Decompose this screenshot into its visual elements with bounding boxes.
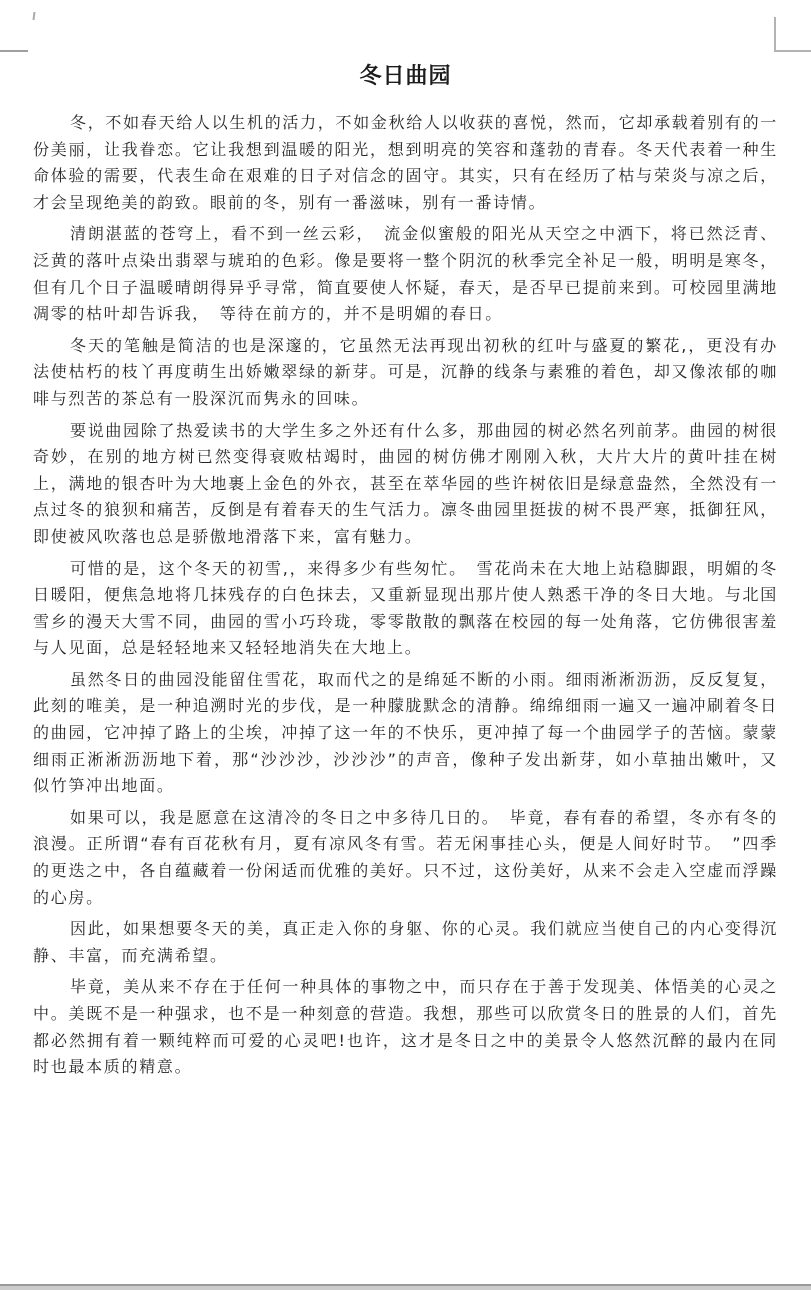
- essay-paragraph[interactable]: 要说曲园除了热爱读书的大学生多之外还有什么多，那曲园的树必然名列前茅。曲园的树很…: [33, 418, 778, 551]
- essay-paragraph[interactable]: 因此，如果想要冬天的美，真正走入你的身躯、你的心灵。我们就应当使自己的内心变得沉…: [33, 916, 778, 969]
- essay-paragraph[interactable]: 毕竟，美从来不存在于任何一种具体的事物之中，而只存在于善于发现美、体悟美的心灵之…: [33, 974, 778, 1080]
- essay-paragraph[interactable]: 虽然冬日的曲园没能留住雪花，取而代之的是绵延不断的小雨。细雨淅淅沥沥，反反复复，…: [33, 667, 778, 800]
- crop-mark-top-right-bracket-icon: [774, 17, 811, 52]
- document-page: 冬日曲园 冬，不如春天给人以生机的活力，不如金秋给人以收获的喜悦，然而，它却承载…: [0, 62, 811, 1081]
- crop-mark-top-left-tick-icon: [33, 12, 36, 20]
- crop-mark-top-left-line-icon: [0, 50, 28, 52]
- essay-body: 冬，不如春天给人以生机的活力，不如金秋给人以收获的喜悦，然而，它却承载着别有的一…: [33, 110, 778, 1081]
- essay-paragraph[interactable]: 清朗湛蓝的苍穹上，看不到一丝云彩， 流金似蜜般的阳光从天空之中洒下，将已然泛青、…: [33, 221, 778, 327]
- essay-paragraph[interactable]: 可惜的是，这个冬天的初雪,，来得多少有些匆忙。 雪花尚未在大地上站稳脚跟，明媚的…: [33, 556, 778, 662]
- document-title[interactable]: 冬日曲园: [0, 62, 811, 92]
- window-bottom-edge: [0, 1284, 811, 1290]
- essay-paragraph[interactable]: 冬，不如春天给人以生机的活力，不如金秋给人以收获的喜悦，然而，它却承载着别有的一…: [33, 110, 778, 216]
- essay-paragraph[interactable]: 冬天的笔触是简洁的也是深邃的，它虽然无法再现出初秋的红叶与盛夏的繁花,，更没有办…: [33, 333, 778, 413]
- essay-paragraph[interactable]: 如果可以，我是愿意在这清冷的冬日之中多待几日的。 毕竟，春有春的希望，冬亦有冬的…: [33, 805, 778, 911]
